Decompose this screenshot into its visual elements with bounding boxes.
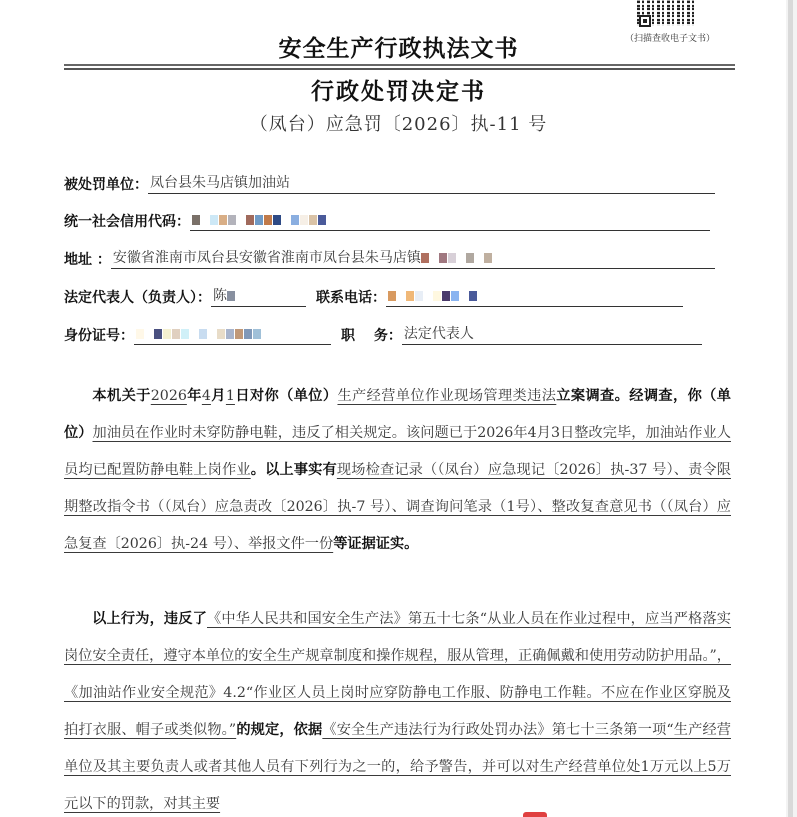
paragraph-legal-basis: 以上行为，违反了《中华人民共和国安全生产法》第五十七条“从业人员在作业过程中，应…: [64, 601, 731, 817]
redaction-block: [424, 291, 432, 301]
address-text: 安徽省淮南市凤台县安徽省淮南市凤台县朱马店镇: [113, 250, 421, 266]
title-divider-bottom: [64, 68, 735, 70]
credit-code-value: [190, 210, 710, 231]
redaction-block: [145, 329, 153, 339]
legal-rep-value: 陈: [211, 286, 306, 307]
qr-code-image: [637, 0, 695, 26]
redaction-block: [217, 329, 225, 339]
redacted-address: [421, 250, 493, 266]
document-title: 行政处罚决定书: [0, 73, 797, 106]
field-address: 地址 ： 安徽省淮南市凤台县安徽省淮南市凤台县朱马店镇: [64, 248, 715, 269]
redacted-id-number: [136, 326, 262, 342]
redaction-block: [291, 215, 299, 225]
paragraph-case-facts: 本机关于2026年4月1日对你（单位）生产经营单位作业现场管理类违法立案调查。经…: [64, 378, 731, 563]
position-label: 职 务：: [341, 325, 402, 345]
redaction-block: [163, 329, 171, 339]
redaction-block: [201, 215, 209, 225]
legal-rep-label: 法定代表人（负责人）：: [64, 287, 211, 307]
redaction-block: [227, 291, 235, 301]
redaction-block: [244, 329, 252, 339]
redaction-block: [300, 215, 308, 225]
penalized-unit-label: 被处罚单位：: [64, 174, 148, 194]
redacted-credit-code: [192, 212, 327, 228]
document-page: （扫描查收电子文书） 安全生产行政执法文书 行政处罚决定书 （凤台）应急罚〔20…: [0, 0, 786, 817]
text: 的规定，依据: [236, 722, 322, 738]
redaction-block: [219, 215, 227, 225]
address-value: 安徽省淮南市凤台县安徽省淮南市凤台县朱马店镇: [111, 248, 715, 269]
field-id-number: 身份证号： 职 务： 法定代表人: [64, 324, 702, 345]
redaction-block: [172, 329, 180, 339]
redaction-block: [318, 215, 326, 225]
redaction-block: [226, 329, 234, 339]
text: 日对你（单位）: [235, 388, 338, 404]
case-month: 4: [202, 388, 211, 404]
text: 。以上事实有: [251, 462, 337, 478]
text: 以上行为，违反了: [92, 611, 207, 627]
redaction-block: [433, 291, 441, 301]
redaction-block: [181, 329, 189, 339]
redaction-block: [282, 215, 290, 225]
field-credit-code: 统一社会信用代码：: [64, 210, 710, 231]
redaction-block: [246, 215, 254, 225]
case-type: 生产经营单位作业现场管理类违法: [337, 388, 556, 404]
redaction-block: [397, 291, 405, 301]
text: 等证据证实。: [333, 536, 418, 552]
field-penalized-unit: 被处罚单位： 凤台县朱马店镇加油站: [64, 173, 715, 194]
text: 年: [187, 388, 202, 404]
redaction-block: [484, 253, 492, 263]
redaction-block: [469, 291, 477, 301]
redaction-block: [199, 329, 207, 339]
redaction-block: [210, 215, 218, 225]
redaction-block: [457, 253, 465, 263]
redaction-block: [253, 329, 261, 339]
redaction-block: [466, 253, 474, 263]
spellcheck-mark: [523, 812, 547, 817]
redaction-block: [442, 291, 450, 301]
redaction-block: [460, 291, 468, 301]
redaction-block: [415, 291, 423, 301]
redaction-block: [451, 291, 459, 301]
redacted-phone: [388, 288, 478, 304]
credit-code-label: 统一社会信用代码：: [64, 211, 190, 231]
redaction-block: [439, 253, 447, 263]
case-day: 1: [226, 388, 235, 404]
series-title: 安全生产行政执法文书: [0, 30, 797, 63]
redaction-block: [190, 329, 198, 339]
redaction-block: [406, 291, 414, 301]
id-number-value: [134, 324, 331, 345]
scrollbar-thumb[interactable]: [788, 0, 793, 817]
redaction-block: [273, 215, 281, 225]
redaction-block: [228, 215, 236, 225]
redaction-block: [430, 253, 438, 263]
redacted-legal-rep: [227, 288, 236, 304]
redaction-block: [264, 215, 272, 225]
phone-value: [386, 286, 683, 307]
redaction-block: [388, 291, 396, 301]
redaction-block: [208, 329, 216, 339]
redaction-block: [237, 215, 245, 225]
redaction-block: [309, 215, 317, 225]
redaction-block: [448, 253, 456, 263]
redaction-block: [136, 329, 144, 339]
title-divider-top: [64, 64, 735, 66]
redaction-block: [421, 253, 429, 263]
redaction-block: [475, 253, 483, 263]
redaction-block: [154, 329, 162, 339]
redaction-block: [192, 215, 200, 225]
redaction-block: [235, 329, 243, 339]
legal-rep-text: 陈: [213, 288, 227, 304]
position-value: 法定代表人: [402, 324, 702, 345]
address-label: 地址 ：: [64, 249, 111, 269]
phone-label: 联系电话：: [316, 287, 386, 307]
text: 本机关于: [92, 388, 151, 404]
penalized-unit-value: 凤台县朱马店镇加油站: [148, 173, 715, 194]
redaction-block: [255, 215, 263, 225]
field-legal-rep: 法定代表人（负责人）： 陈 联系电话：: [64, 286, 683, 307]
vertical-scrollbar[interactable]: [786, 0, 797, 817]
document-number: （凤台）应急罚〔2026〕执-11 号: [0, 110, 797, 136]
case-year: 2026: [151, 388, 187, 404]
law-violated: 《中华人民共和国安全生产法》第五十七条“从业人员在作业过程中，应当严格落实岗位安…: [64, 611, 731, 738]
id-number-label: 身份证号：: [64, 325, 134, 345]
text: 月: [211, 388, 226, 404]
